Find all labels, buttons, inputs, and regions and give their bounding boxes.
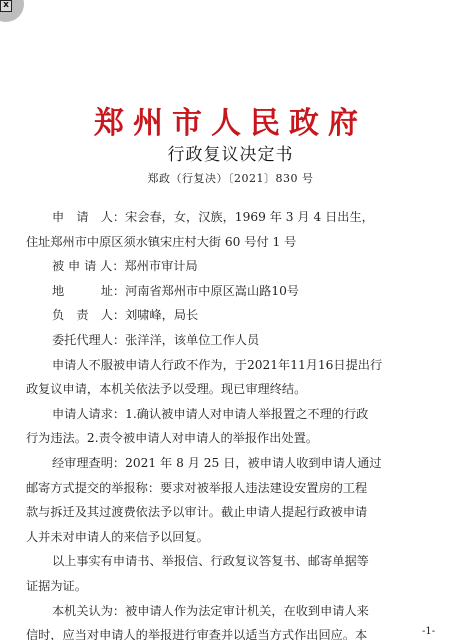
document-title: 行政复议决定书	[0, 140, 461, 165]
body-line: 邮寄方式提交的举报称：要求对被举报人违法建设安置房的工程	[26, 476, 416, 501]
document-number: 郑政（行复决）〔2021〕830 号	[0, 170, 461, 186]
body-line: 负 责 人：刘啸峰，局长	[26, 303, 416, 328]
body-line: 证据为证。	[26, 574, 416, 599]
body-line: 款与拆迁及其过渡费依法予以审计。截止申请人提起行政被申请	[26, 500, 416, 525]
body-line: 经审理查明：2021 年 8 月 25 日，被申请人收到申请人通过	[26, 451, 416, 476]
body-line: 委托代理人：张洋洋，该单位工作人员	[26, 328, 416, 353]
body-line: 本机关认为：被申请人作为法定审计机关，在收到申请人来	[26, 599, 416, 624]
close-icon[interactable]: x	[0, 0, 12, 12]
body-line: 信时，应当对申请人的举报进行审查并以适当方式作出回应。本	[26, 623, 416, 640]
body-line: 人并未对申请人的来信予以回复。	[26, 525, 416, 550]
body-line: 申请人请求：1.确认被申请人对申请人举报置之不理的行政	[26, 402, 416, 427]
page-number: -1-	[422, 626, 435, 637]
body-line: 政复议申请，本机关依法予以受理。现已审理终结。	[26, 377, 416, 402]
body-line: 地 址：河南省郑州市中原区嵩山路10号	[26, 279, 416, 304]
body-line: 以上事实有申请书、举报信、行政复议答复书、邮寄单据等	[26, 549, 416, 574]
body-line: 申请人不服被申请人行政不作为，于2021年11月16日提出行	[26, 353, 416, 378]
issuing-authority-title: 郑州市人民政府	[0, 98, 461, 142]
body-line: 申 请 人：宋会春，女，汉族，1969 年 3 月 4 日出生，	[26, 205, 416, 230]
body-line: 行为违法。2.责令被申请人对申请人的举报作出处置。	[26, 426, 416, 451]
body-line: 住址郑州市中原区须水镇宋庄村大街 60 号付 1 号	[26, 230, 416, 255]
body-line: 被 申 请 人：郑州市审计局	[26, 254, 416, 279]
document-page: x 郑州市人民政府 行政复议决定书 郑政（行复决）〔2021〕830 号 申 请…	[0, 0, 461, 640]
document-body: 申 请 人：宋会春，女，汉族，1969 年 3 月 4 日出生，住址郑州市中原区…	[26, 205, 416, 640]
